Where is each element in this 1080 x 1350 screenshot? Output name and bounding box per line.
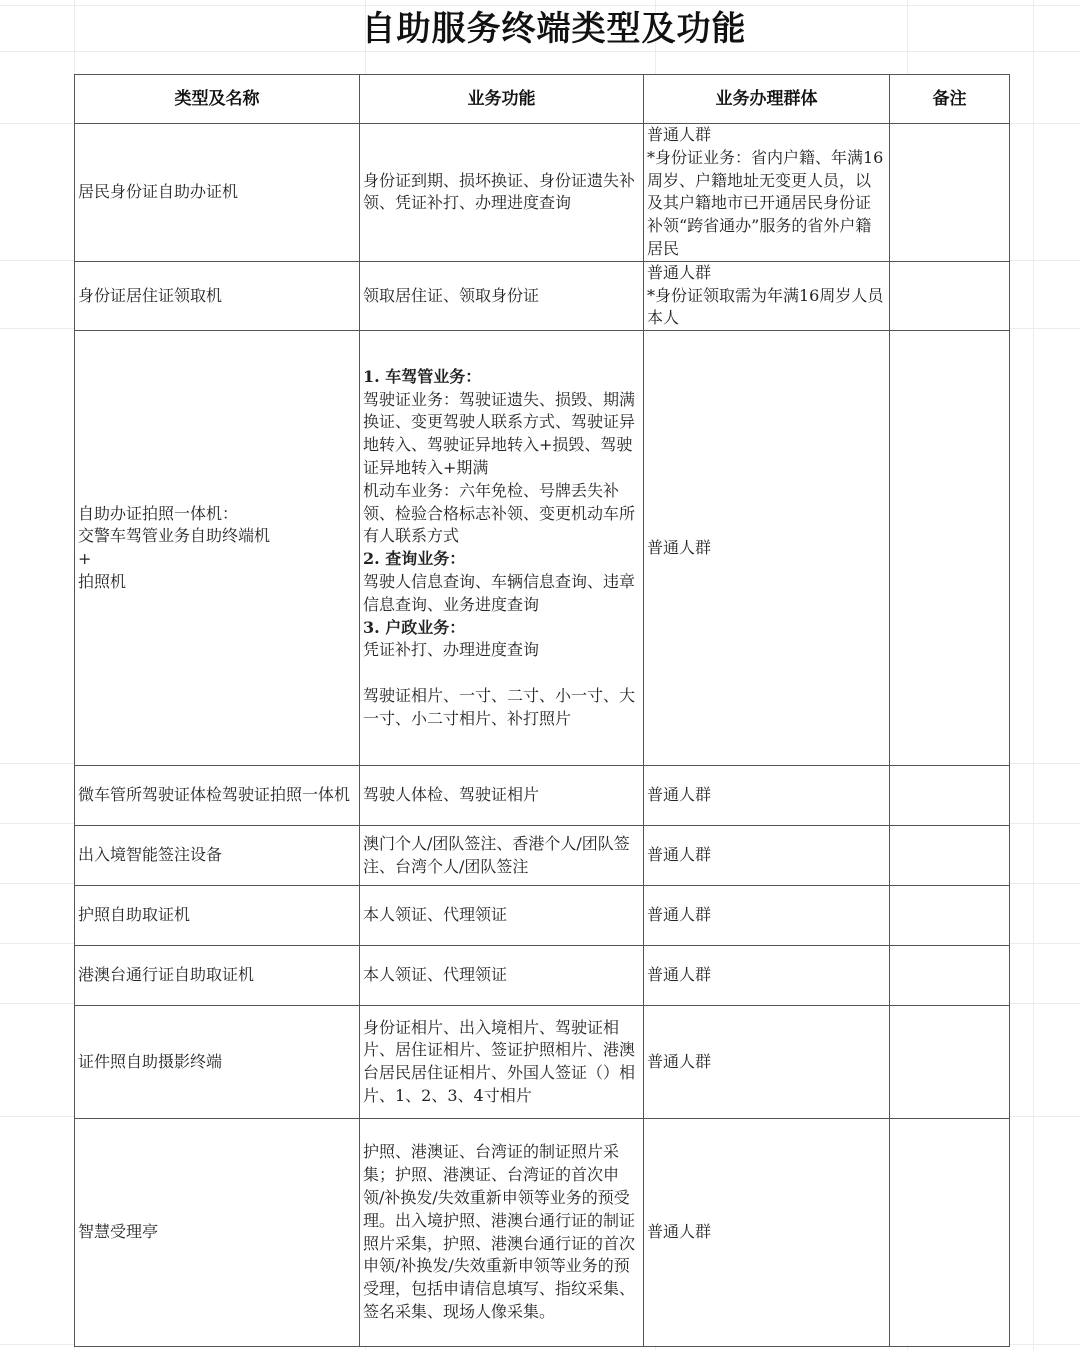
cell-note xyxy=(890,1119,1010,1347)
cell-note xyxy=(890,826,1010,886)
cell-type-name: 港澳台通行证自助取证机 xyxy=(75,946,360,1006)
cell-group: 普通人群 *身份证领取需为年满16周岁人员本人 xyxy=(644,261,890,330)
cell-functions: 1. 车驾管业务： 驾驶证业务：驾驶证遗失、损毁、期满换证、变更驾驶人联系方式、… xyxy=(360,331,644,766)
function-heading: 2. 查询业务： xyxy=(363,548,640,571)
cell-note xyxy=(890,946,1010,1006)
sheet-gridline xyxy=(1033,0,1034,1350)
cell-note xyxy=(890,1006,1010,1119)
table-row: 护照自助取证机 本人领证、代理领证 普通人群 xyxy=(75,886,1010,946)
column-header-note: 备注 xyxy=(890,75,1010,124)
function-text: 驾驶证业务：驾驶证遗失、损毁、期满换证、变更驾驶人联系方式、驾驶证异地转入、驾驶… xyxy=(363,389,640,549)
cell-note xyxy=(890,886,1010,946)
function-text: 凭证补打、办理进度查询 驾驶证相片、一寸、二寸、小一寸、大一寸、小二寸相片、补打… xyxy=(363,639,640,730)
cell-type-name: 智慧受理亭 xyxy=(75,1119,360,1347)
cell-functions: 澳门个人/团队签注、香港个人/团队签注、台湾个人/团队签注 xyxy=(360,826,644,886)
table-header-row: 类型及名称 业务功能 业务办理群体 备注 xyxy=(75,75,1010,124)
table-row: 港澳台通行证自助取证机 本人领证、代理领证 普通人群 xyxy=(75,946,1010,1006)
cell-note xyxy=(890,766,1010,826)
cell-type-name: 出入境智能签注设备 xyxy=(75,826,360,886)
cell-type-name: 微车管所驾驶证体检驾驶证拍照一体机 xyxy=(75,766,360,826)
table-row: 自助办证拍照一体机： 交警车驾管业务自助终端机 + 拍照机 1. 车驾管业务： … xyxy=(75,331,1010,766)
cell-note xyxy=(890,331,1010,766)
cell-group: 普通人群 xyxy=(644,331,890,766)
cell-type-name: 护照自助取证机 xyxy=(75,886,360,946)
cell-group: 普通人群 xyxy=(644,1119,890,1347)
cell-functions: 本人领证、代理领证 xyxy=(360,886,644,946)
cell-functions: 护照、港澳证、台湾证的制证照片采集；护照、港澳证、台湾证的首次申领/补换发/失效… xyxy=(360,1119,644,1347)
cell-functions: 身份证相片、出入境相片、驾驶证相片、居住证相片、签证护照相片、港澳台居民居住证相… xyxy=(360,1006,644,1119)
table-row: 微车管所驾驶证体检驾驶证拍照一体机 驾驶人体检、驾驶证相片 普通人群 xyxy=(75,766,1010,826)
cell-group: 普通人群 *身份证业务：省内户籍、年满16周岁、户籍地址无变更人员，以及其户籍地… xyxy=(644,124,890,262)
cell-group: 普通人群 xyxy=(644,1006,890,1119)
cell-type-name: 证件照自助摄影终端 xyxy=(75,1006,360,1119)
cell-type-name: 身份证居住证领取机 xyxy=(75,261,360,330)
function-heading: 1. 车驾管业务： xyxy=(363,366,640,389)
table-row: 居民身份证自助办证机 身份证到期、损坏换证、身份证遗失补领、凭证补打、办理进度查… xyxy=(75,124,1010,262)
table-row: 出入境智能签注设备 澳门个人/团队签注、香港个人/团队签注、台湾个人/团队签注 … xyxy=(75,826,1010,886)
function-heading: 3. 户政业务： xyxy=(363,617,640,640)
cell-functions: 领取居住证、领取身份证 xyxy=(360,261,644,330)
table-row: 证件照自助摄影终端 身份证相片、出入境相片、驾驶证相片、居住证相片、签证护照相片… xyxy=(75,1006,1010,1119)
function-text: 驾驶人信息查询、车辆信息查询、违章信息查询、业务进度查询 xyxy=(363,571,640,617)
cell-group: 普通人群 xyxy=(644,766,890,826)
cell-functions: 本人领证、代理领证 xyxy=(360,946,644,1006)
page-title: 自助服务终端类型及功能 xyxy=(74,6,1034,52)
table-row: 身份证居住证领取机 领取居住证、领取身份证 普通人群 *身份证领取需为年满16周… xyxy=(75,261,1010,330)
cell-note xyxy=(890,261,1010,330)
column-header-functions: 业务功能 xyxy=(360,75,644,124)
cell-note xyxy=(890,124,1010,262)
cell-group: 普通人群 xyxy=(644,826,890,886)
column-header-type-name: 类型及名称 xyxy=(75,75,360,124)
cell-type-name: 居民身份证自助办证机 xyxy=(75,124,360,262)
cell-group: 普通人群 xyxy=(644,946,890,1006)
cell-group: 普通人群 xyxy=(644,886,890,946)
cell-functions: 身份证到期、损坏换证、身份证遗失补领、凭证补打、办理进度查询 xyxy=(360,124,644,262)
cell-type-name: 自助办证拍照一体机： 交警车驾管业务自助终端机 + 拍照机 xyxy=(75,331,360,766)
cell-functions: 驾驶人体检、驾驶证相片 xyxy=(360,766,644,826)
terminal-table: 类型及名称 业务功能 业务办理群体 备注 居民身份证自助办证机 身份证到期、损坏… xyxy=(74,74,1010,1347)
table-row: 智慧受理亭 护照、港澳证、台湾证的制证照片采集；护照、港澳证、台湾证的首次申领/… xyxy=(75,1119,1010,1347)
column-header-group: 业务办理群体 xyxy=(644,75,890,124)
